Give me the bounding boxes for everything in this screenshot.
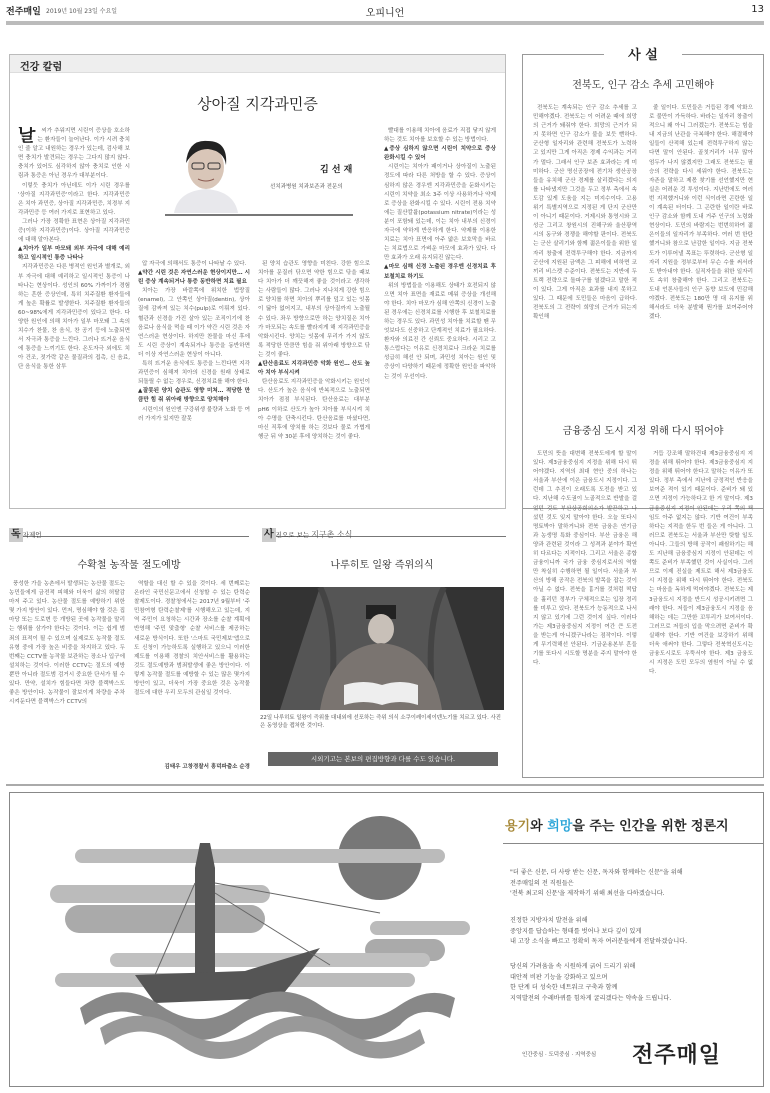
- editorial-1-col-1: 전북도는 계속되는 인구 감소 추세를 고민해야겠다. 전북도는 이 어려운 때…: [533, 104, 637, 392]
- subheading: ▲마모 심해 신경 노출된 경우엔 신경치료 후 보철치료 하기도: [384, 263, 496, 281]
- health-col-3: 된 양치 습관도 영향을 미친다. 강한 힘으로 치아를 문질러 닦으면 약한 …: [258, 260, 370, 505]
- ad-paragraph-3: 당신의 가려움을 속 시원하게 긁어 드리기 위해 대안적 비판 기능을 강화하…: [510, 962, 671, 1004]
- paragraph: 시린이의 원인엔 구강위생 불량과 노화 등 여러 가지가 있지만 잘못: [138, 406, 250, 424]
- paragraph: 압 자극에 의해서도 통증이 나타날 수 있다.: [138, 260, 250, 269]
- section-title: 오피니언: [6, 4, 764, 19]
- reader-letter-header: 독자제언: [9, 522, 249, 537]
- ad-rule: [503, 843, 764, 844]
- subheading: ▲탄산음료도 지각과민증 악화 원인… 산도 높아 치아 부식시켜: [258, 360, 370, 378]
- news-photo: [260, 587, 504, 710]
- health-kicker: 건강 칼럼: [10, 55, 505, 73]
- editorial-1-col-2: 줄 일이다. 도민들은 거듭된 경제 악화으로 불만이 가득하다. 바라는 일자…: [649, 104, 753, 392]
- author-photo: [168, 133, 243, 213]
- newspaper-logo: 전주매일: [632, 1038, 721, 1069]
- editorial-2-title: 금융중심 도시 지정 위해 다시 뛰어야: [523, 422, 763, 437]
- ad-paragraph-1: "더 좋은 신문, 더 사랑 받는 신문, 독자와 함께하는 신문"을 위해 전…: [510, 868, 683, 900]
- photo-news-header: 사진으로 보는 지구촌 소식: [262, 522, 506, 537]
- paragraph: 치아는 가장 바깥쪽에 위치한 법랑질(enamel), 그 안쪽인 상아질(d…: [138, 287, 250, 360]
- paragraph: 지각과민증은 다른 병적인 원인과 별개로, 외부 자극에 대해 예리하고 일시…: [18, 263, 130, 372]
- health-title: 상아질 지각과민증: [10, 93, 505, 114]
- top-divider: [6, 21, 764, 25]
- masthead: 전주매일 2019년 10월 23일 수요일 오피니언 13: [6, 4, 764, 20]
- bottom-divider: [6, 784, 764, 786]
- ad-headline: 용기와 희망을 주는 인간을 위한 정론지: [505, 815, 729, 834]
- photo-news-title: 나루히토 일왕 즉위의식: [260, 556, 504, 571]
- dropcap: 날: [18, 127, 35, 145]
- subheading: ▲증상 심하지 않으면 시린이 치약으로 증상 완화시킬 수 있어: [384, 145, 496, 163]
- paragraph: 시린이는 치아가 패이거나 상아질이 노출된 정도에 따라 다른 처방을 할 수…: [384, 163, 496, 263]
- ad-paragraph-2: 진정한 지방자치 발전을 위해 중앙지를 답습하는 형태를 벗어나 보다 깊이 …: [510, 916, 687, 948]
- paragraph: 특히 뜨거운 음식에도 통증을 느낀다면 지각과민증이 심해져 치아의 신경을 …: [138, 360, 250, 387]
- author-affiliation: 선치과병원 치과보존과 전문의: [270, 182, 343, 190]
- paragraph: 빨대를 이용해 치아에 음료가 직접 닿지 않게 하는 것도 치아를 보호할 수…: [384, 127, 496, 145]
- ad-headline-accent-1: 용기: [505, 819, 530, 834]
- paragraph: 위의 방법들을 이용해도 상태가 호전되지 않으면 치아 표면을 재료로 메워 …: [384, 282, 496, 382]
- subheading: ▲치아가 일부 마모돼 외부 자극에 대해 예리하고 일시적인 통증 나타나: [18, 245, 130, 263]
- reader-letter-signature: 김태우 고창경찰서 흥덕파출소 순경: [150, 762, 250, 770]
- reader-letter-col-2: 역할을 대신 할 수 있을 것이다. 세 번째로는 온라인 국민신문고에서 신청…: [134, 580, 250, 758]
- health-col-2: 압 자극에 의해서도 통증이 나타날 수 있다.▲약간 시린 것은 자연스러운 …: [138, 260, 250, 505]
- photo-caption: 22일 나루히토 일왕이 즉위를 대내외에 선포하는 즉위 의식 소쿠이레이세이…: [260, 714, 504, 730]
- ship-illustration: [10, 793, 485, 1086]
- section-label: 진으로 보는: [276, 531, 312, 539]
- disclaimer-notice: 시외기고는 본보의 편집방향과 다를 수도 있습니다.: [268, 752, 498, 766]
- subheading: ▲약간 시린 것은 자연스러운 현상이지만… 시린 증상 계속되거나 통증 동반…: [138, 269, 250, 287]
- editorial-1-title: 전북도, 인구 감소 추세 고민해야: [523, 76, 763, 91]
- section-initial: 사: [262, 528, 276, 542]
- reader-letter-col-1: 풍성한 가을 농촌에서 발생되는 농산물 절도는 농민들에게 금전적 피해와 더…: [9, 580, 125, 776]
- editorial-box-lower: [522, 508, 764, 778]
- page-number: 13: [751, 4, 764, 15]
- byline-rule: [165, 214, 353, 216]
- subheading: ▲잘못된 양치 습관도 영향 미쳐… 적당한 만큼만 힘 줘 위아래 방향으로 …: [138, 387, 250, 405]
- reader-letter-title: 수확철 농작물 절도예방: [9, 556, 249, 571]
- ad-headline-accent-2: 희망: [547, 819, 572, 834]
- health-column: 건강 칼럼 상아질 지각과민증 김 선 재 선치과병원 치과보존과 전문의 날 …: [9, 54, 506, 509]
- section-initial: 독: [9, 528, 23, 542]
- health-col-4: 빨대를 이용해 치아에 음료가 직접 닿지 않게 하는 것도 치아를 보호할 수…: [384, 127, 496, 505]
- health-col-1: 날 씨가 추워지면 시린이 증상을 호소하는 환자들이 늘어난다. 이가 시려 …: [18, 127, 130, 505]
- paragraph: 이렇듯 충치가 아닌데도 이가 시린 경우를 '상아질 지각과민증'이라고 한다…: [18, 182, 130, 218]
- ad-slogan: 인간중심 · 도덕중심 · 지역중심: [522, 1050, 596, 1058]
- section-label-rest: 지구촌 소식: [311, 530, 352, 539]
- editorial-box: 전북도, 인구 감소 추세 고민해야 전북도는 계속되는 인구 감소 추세를 고…: [522, 54, 764, 509]
- paragraph: 된 양치 습관도 영향을 미친다. 강한 힘으로 치아를 문질러 닦으면 약한 …: [258, 260, 370, 360]
- section-label: 자제언: [23, 531, 42, 539]
- author-name: 김 선 재: [320, 162, 352, 175]
- paragraph: 탄산음료도 지각과민증을 악화시키는 원인이다. 산도가 높은 음식에 반복적으…: [258, 378, 370, 442]
- paragraph: 그러나 가장 정확한 표현은 상아질 지각과민증(이하 지각과민증)이다. 상아…: [18, 218, 130, 245]
